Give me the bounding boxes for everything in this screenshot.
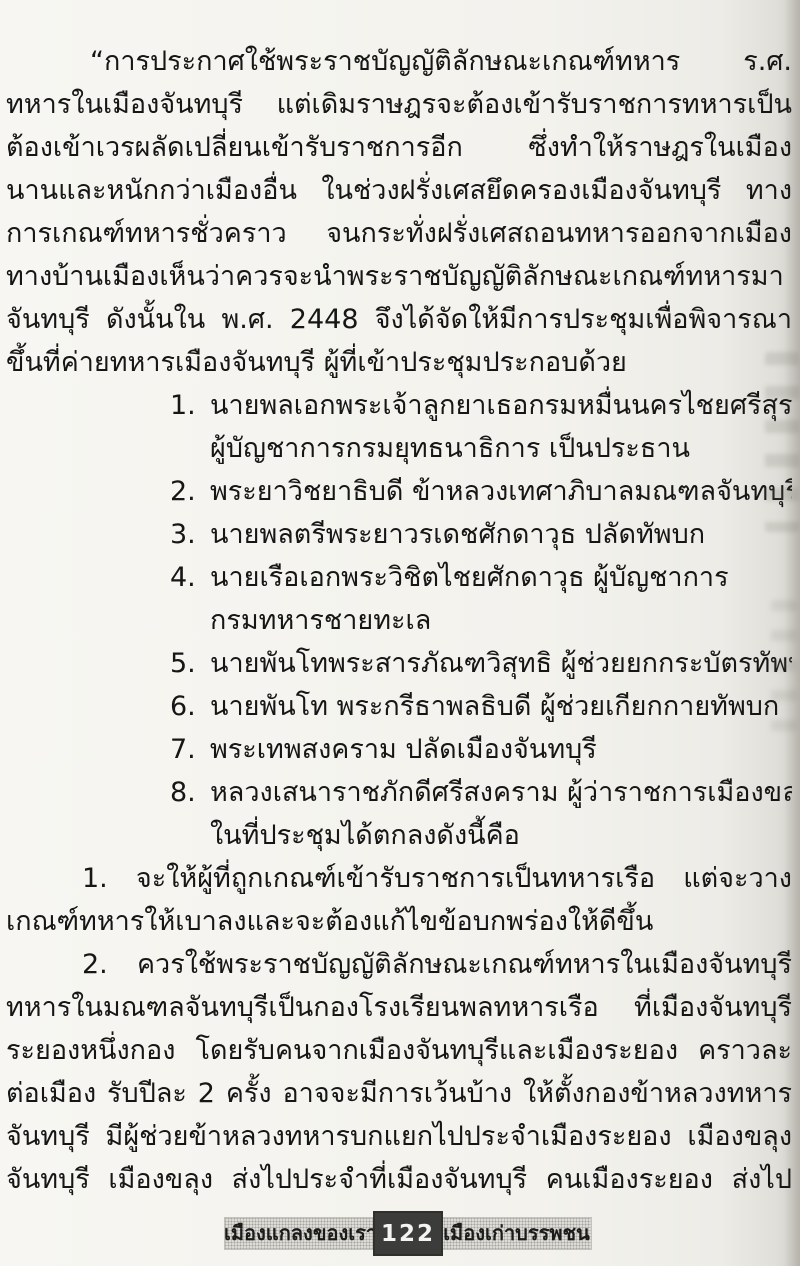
list-number [170, 427, 210, 470]
list-number: 3. [170, 513, 210, 556]
list-item: 8. หลวงเสนาราชภักดีศรีสงคราม ผู้ว่าราชกา… [6, 771, 792, 814]
list-number: 7. [170, 728, 210, 771]
list-text: ในที่ประชุมได้ตกลงดังนี้คือ [210, 814, 792, 857]
text-line: ทหารในเมืองจันทบุรี แต่เดิมราษฎรจะต้องเข… [6, 83, 792, 126]
scan-bleed-artifact [765, 352, 799, 532]
attendee-list: 1. นายพลเอกพระเจ้าลูกยาเธอกรมหมื่นนครไชย… [6, 384, 792, 857]
list-item: กรมทหารชายทะเล [6, 599, 792, 642]
list-number: 6. [170, 685, 210, 728]
list-item: 3. นายพลตรีพระยาวรเดชศักดาวุธ ปลัดทัพบก [6, 513, 792, 556]
text-line: ต้องเข้าเวรผลัดเปลี่ยนเข้ารับราชการอีก ซ… [6, 126, 792, 169]
list-text: นายเรือเอกพระวิชิตไชยศักดาวุธ ผู้บัญชากา… [210, 556, 792, 599]
text-line: นานและหนักกว่าเมืองอื่น ในช่วงฝรั่งเศสยึ… [6, 169, 792, 212]
text-line: ต่อเมือง รับปีละ 2 ครั้ง อาจจะมีการเว้นบ… [6, 1072, 792, 1115]
list-number: 1. [170, 384, 210, 427]
text-line: 1. จะให้ผู้ที่ถูกเกณฑ์เข้ารับราชการเป็นท… [6, 857, 792, 900]
text-line: จันทบุรี เมืองขลุง ส่งไปประจำที่เมืองจัน… [6, 1158, 792, 1201]
list-number [170, 599, 210, 642]
list-text: นายพลตรีพระยาวรเดชศักดาวุธ ปลัดทัพบก [210, 513, 792, 556]
list-text: พระยาวิชยาธิบดี ข้าหลวงเทศาภิบาลมณฑลจันท… [210, 470, 792, 513]
list-number: 4. [170, 556, 210, 599]
list-item: 5. นายพันโทพระสารภัณฑวิสุทธิ ผู้ช่วยยกกร… [6, 642, 792, 685]
list-text: นายพันโท พระกรีธาพลธิบดี ผู้ช่วยเกียกกาย… [210, 685, 792, 728]
list-text: พระเทพสงคราม ปลัดเมืองจันทบุรี [210, 728, 792, 771]
text-line: “การประกาศใช้พระราชบัญญัติลักษณะเกณฑ์ทหา… [6, 40, 792, 83]
page-number: 122 [375, 1213, 441, 1254]
text-line: จันทบุรี ดังนั้นใน พ.ศ. 2448 จึงได้จัดให… [6, 298, 792, 341]
text-line: ทางบ้านเมืองเห็นว่าควรจะนำพระราชบัญญัติล… [6, 255, 792, 298]
list-text: นายพลเอกพระเจ้าลูกยาเธอกรมหมื่นนครไชยศรี… [210, 384, 792, 427]
list-item: ในที่ประชุมได้ตกลงดังนี้คือ [6, 814, 792, 857]
scan-bleed-artifact [771, 600, 797, 750]
text-line: ระยองหนึ่งกอง โดยรับคนจากเมืองจันทบุรีแล… [6, 1029, 792, 1072]
list-number: 8. [170, 771, 210, 814]
resolution-paragraph-1: 1. จะให้ผู้ที่ถูกเกณฑ์เข้ารับราชการเป็นท… [6, 857, 792, 943]
text-line: ทหารในมณฑลจันทบุรีเป็นกองโรงเรียนพลทหารเ… [6, 986, 792, 1029]
list-number: 2. [170, 470, 210, 513]
list-text: นายพันโทพระสารภัณฑวิสุทธิ ผู้ช่วยยกกระบั… [210, 642, 792, 685]
list-item: 6. นายพันโท พระกรีธาพลธิบดี ผู้ช่วยเกียก… [6, 685, 792, 728]
opening-paragraph: “การประกาศใช้พระราชบัญญัติลักษณะเกณฑ์ทหา… [6, 40, 792, 384]
footer-right-title: เมืองเก่าบรรพชน [441, 1217, 592, 1250]
text-line: จันทบุรี มีผู้ช่วยข้าหลวงทหารบกแยกไปประจ… [6, 1115, 792, 1158]
list-item: 2. พระยาวิชยาธิบดี ข้าหลวงเทศาภิบาลมณฑลจ… [6, 470, 792, 513]
resolution-paragraph-2: 2. ควรใช้พระราชบัญญัติลักษณะเกณฑ์ทหารในเ… [6, 943, 792, 1201]
scanned-book-page: “การประกาศใช้พระราชบัญญัติลักษณะเกณฑ์ทหา… [0, 0, 800, 1266]
list-number: 5. [170, 642, 210, 685]
list-number [170, 814, 210, 857]
text-line: ขึ้นที่ค่ายทหารเมืองจันทบุรี ผู้ที่เข้าป… [6, 341, 792, 384]
list-item: ผู้บัญชาการกรมยุทธนาธิการ เป็นประธาน [6, 427, 792, 470]
list-item: 1. นายพลเอกพระเจ้าลูกยาเธอกรมหมื่นนครไชย… [6, 384, 792, 427]
footer-left-title: เมืองแกลงของเรา [224, 1217, 375, 1250]
list-item: 4. นายเรือเอกพระวิชิตไชยศักดาวุธ ผู้บัญช… [6, 556, 792, 599]
page-body-text: “การประกาศใช้พระราชบัญญัติลักษณะเกณฑ์ทหา… [6, 40, 792, 1201]
text-line: การเกณฑ์ทหารชั่วคราว จนกระทั่งฝรั่งเศสถอ… [6, 212, 792, 255]
text-line: 2. ควรใช้พระราชบัญญัติลักษณะเกณฑ์ทหารในเ… [6, 943, 792, 986]
list-text: กรมทหารชายทะเล [210, 599, 792, 642]
list-text: หลวงเสนาราชภักดีศรีสงคราม ผู้ว่าราชการเม… [210, 771, 792, 814]
list-item: 7. พระเทพสงคราม ปลัดเมืองจันทบุรี [6, 728, 792, 771]
text-line: เกณฑ์ทหารให้เบาลงและจะต้องแก้ไขข้อบกพร่อ… [6, 900, 792, 943]
page-footer: เมืองแกลงของเรา 122 เมืองเก่าบรรพชน [224, 1217, 592, 1250]
list-text: ผู้บัญชาการกรมยุทธนาธิการ เป็นประธาน [210, 427, 792, 470]
